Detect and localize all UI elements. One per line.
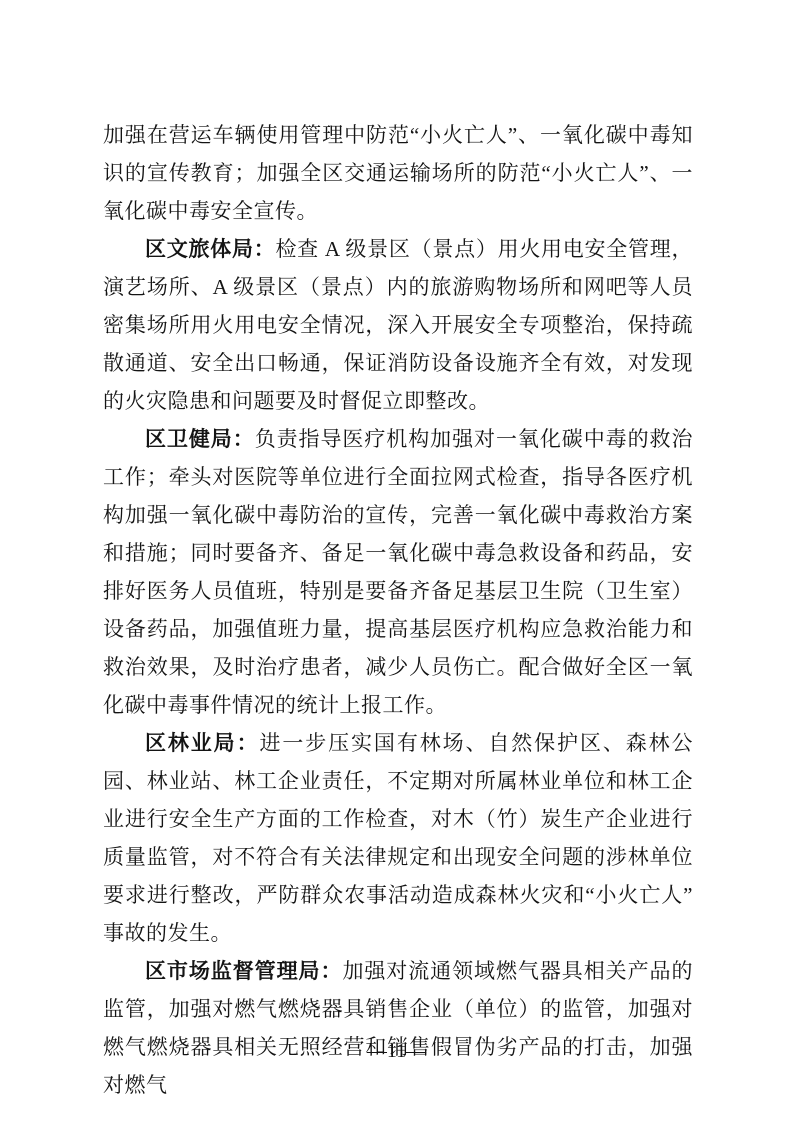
paragraph-body: 加强在营运车辆使用管理中防范“小火亡人”、一氧化碳中毒知识的宣传教育；加强全区交… (103, 123, 693, 223)
paragraph-continuation: 加强在营运车辆使用管理中防范“小火亡人”、一氧化碳中毒知识的宣传教育；加强全区交… (103, 116, 693, 230)
paragraph-body: 负责指导医疗机构加强对一氧化碳中毒的救治工作；牵头对医院等单位进行全面拉网式检查… (103, 427, 693, 717)
paragraph-shichangjianduguanliju: 区市场监督管理局：加强对流通领域燃气器具相关产品的监管，加强对燃气燃烧器具销售企… (103, 952, 693, 1104)
paragraph-lead: 区市场监督管理局： (145, 959, 342, 983)
page-number: —11— (0, 1038, 793, 1064)
paragraph-body: 检查 A 级景区（景点）用火用电安全管理，演艺场所、A 级景区（景点）内的旅游购… (103, 237, 693, 413)
document-page: 加强在营运车辆使用管理中防范“小火亡人”、一氧化碳中毒知识的宣传教育；加强全区交… (0, 0, 793, 1122)
paragraph-lead: 区文旅体局： (145, 237, 275, 261)
paragraph-linyeju: 区林业局：进一步压实国有林场、自然保护区、森林公园、林业站、林工企业责任，不定期… (103, 724, 693, 952)
paragraph-body: 进一步压实国有林场、自然保护区、森林公园、林业站、林工企业责任，不定期对所属林业… (103, 731, 693, 945)
paragraph-lead: 区卫健局： (145, 427, 255, 451)
paragraph-wenlvtiju: 区文旅体局：检查 A 级景区（景点）用火用电安全管理，演艺场所、A 级景区（景点… (103, 230, 693, 420)
paragraph-lead: 区林业局： (145, 731, 259, 755)
paragraph-weijianju: 区卫健局：负责指导医疗机构加强对一氧化碳中毒的救治工作；牵头对医院等单位进行全面… (103, 420, 693, 724)
document-text-block: 加强在营运车辆使用管理中防范“小火亡人”、一氧化碳中毒知识的宣传教育；加强全区交… (103, 116, 693, 1104)
